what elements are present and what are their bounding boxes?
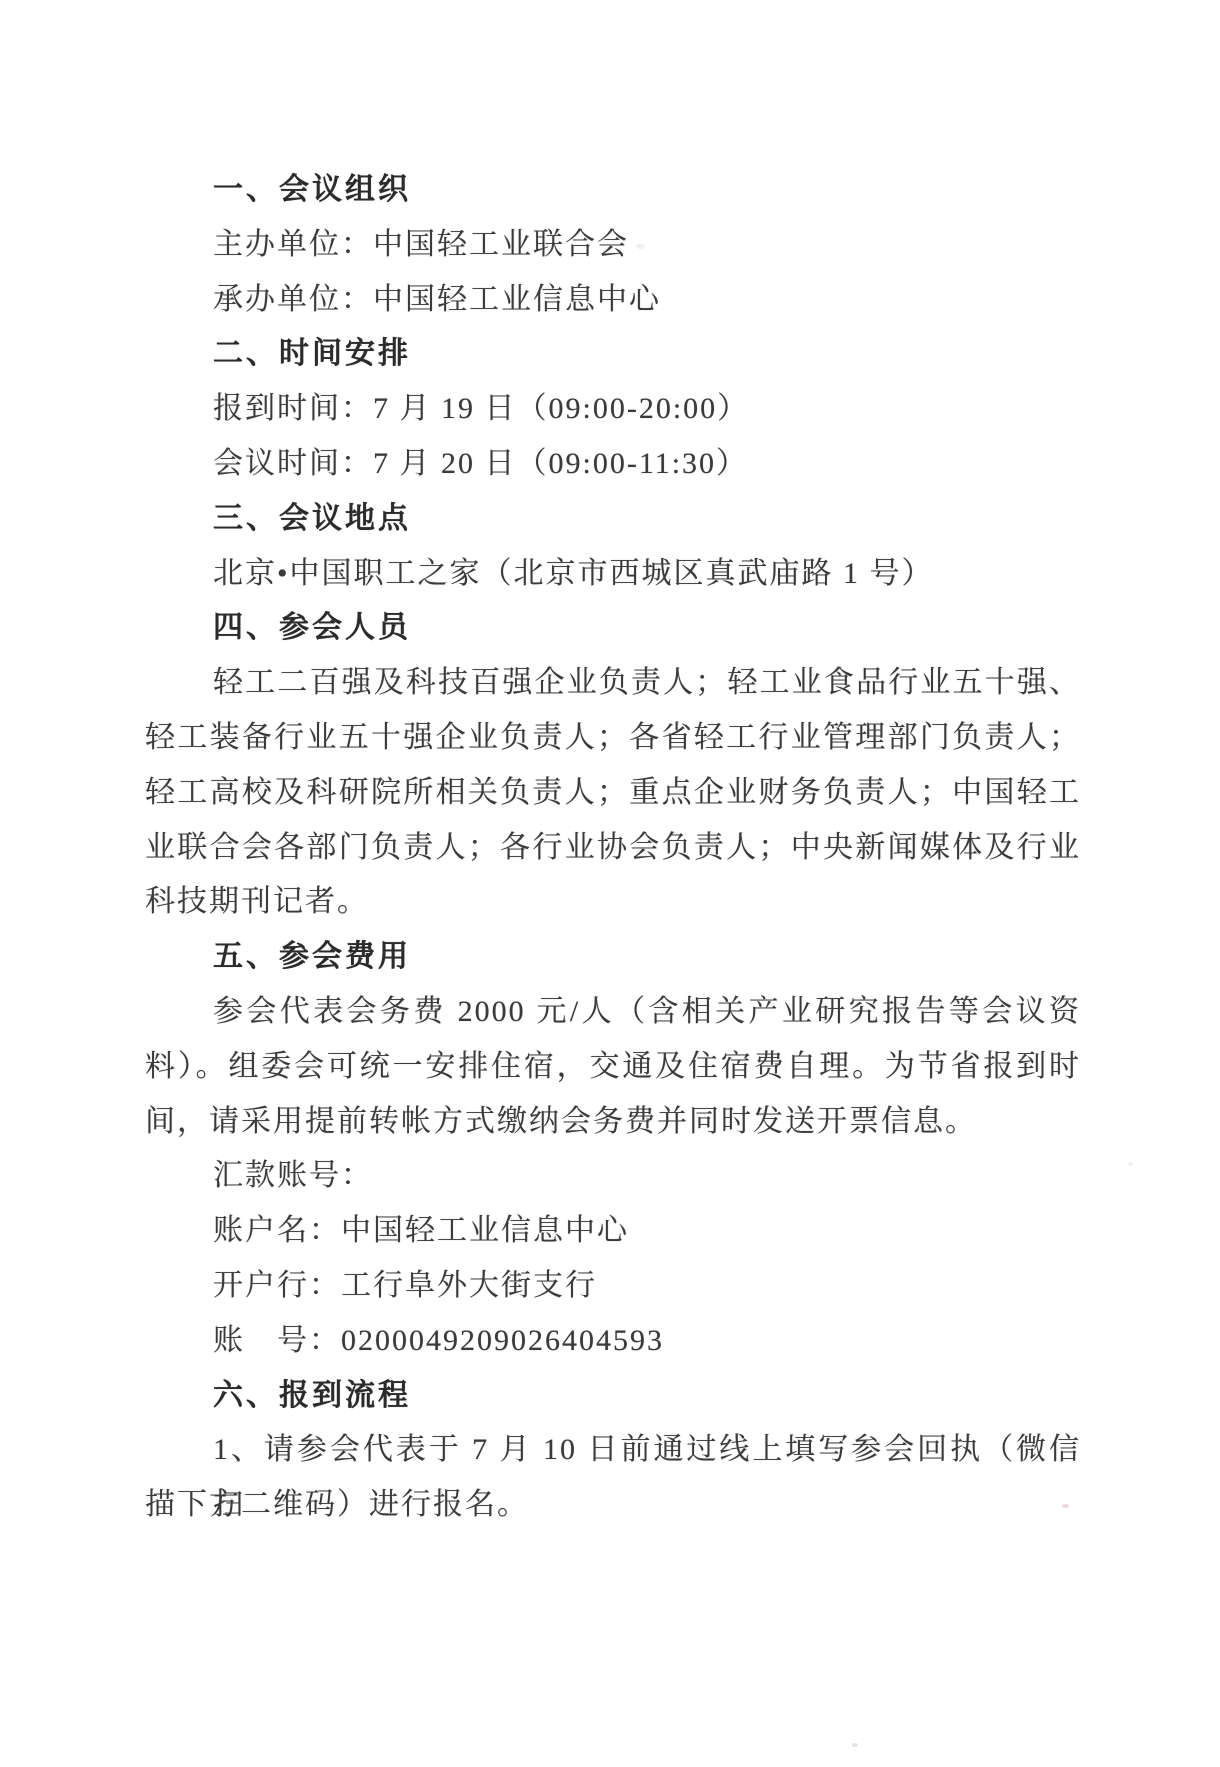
text-line: 主办单位：中国轻工业联合会 [145, 218, 1081, 273]
document-body: 一、会议组织 主办单位：中国轻工业联合会 承办单位：中国轻工业信息中心 二、时间… [145, 163, 1081, 1533]
scan-artifact [1062, 1504, 1069, 1508]
account-number-line: 账 号：0200049209026404593 [145, 1314, 1081, 1369]
scan-artifact [636, 244, 645, 249]
text-line: 描下方二维码）进行报名。 [145, 1478, 1081, 1533]
text-line: 轻工高校及科研院所相关负责人；重点企业财务负责人；中国轻工 [145, 766, 1081, 821]
text-line: 1、请参会代表于 7 月 10 日前通过线上填写参会回执（微信扫 [145, 1423, 1081, 1478]
account-name-line: 账户名：中国轻工业信息中心 [145, 1204, 1081, 1259]
text-line: 料）。组委会可统一安排住宿，交通及住宿费自理。为节省报到时 [145, 1040, 1081, 1095]
section-venue: 三、会议地点 北京•中国职工之家（北京市西城区真武庙路 1 号） [145, 492, 1081, 602]
text-line: 会议时间：7 月 20 日（09:00-11:30） [145, 437, 1081, 492]
section-heading: 一、会议组织 [145, 163, 1081, 218]
section-heading: 五、参会费用 [145, 930, 1081, 985]
text-line: 承办单位：中国轻工业信息中心 [145, 273, 1081, 328]
scanned-document-page: 一、会议组织 主办单位：中国轻工业联合会 承办单位：中国轻工业信息中心 二、时间… [0, 0, 1220, 1767]
bank-branch-line: 开户行：工行阜外大街支行 [145, 1259, 1081, 1314]
text-line: 轻工二百强及科技百强企业负责人；轻工业食品行业五十强、 [145, 656, 1081, 711]
text-line: 科技期刊记者。 [145, 875, 1081, 930]
scan-artifact [1128, 1162, 1133, 1166]
text-line: 间，请采用提前转帐方式缴纳会务费并同时发送开票信息。 [145, 1095, 1081, 1150]
section-meeting-organization: 一、会议组织 主办单位：中国轻工业联合会 承办单位：中国轻工业信息中心 [145, 163, 1081, 327]
section-registration-process: 六、报到流程 1、请参会代表于 7 月 10 日前通过线上填写参会回执（微信扫 … [145, 1369, 1081, 1533]
section-heading: 三、会议地点 [145, 492, 1081, 547]
section-heading: 二、时间安排 [145, 327, 1081, 382]
section-fees: 五、参会费用 参会代表会务费 2000 元/人（含相关产业研究报告等会议资 料）… [145, 930, 1081, 1368]
section-attendees: 四、参会人员 轻工二百强及科技百强企业负责人；轻工业食品行业五十强、 轻工装备行… [145, 601, 1081, 930]
scan-artifact [852, 1743, 858, 1747]
section-heading: 六、报到流程 [145, 1369, 1081, 1424]
section-schedule: 二、时间安排 报到时间：7 月 19 日（09:00-20:00） 会议时间：7… [145, 327, 1081, 491]
text-line: 北京•中国职工之家（北京市西城区真武庙路 1 号） [145, 547, 1081, 602]
text-line: 轻工装备行业五十强企业负责人；各省轻工行业管理部门负责人； [145, 711, 1081, 766]
text-line: 业联合会各部门负责人；各行业协会负责人；中央新闻媒体及行业 [145, 821, 1081, 876]
remittance-account-label: 汇款账号： [145, 1149, 1081, 1204]
text-line: 报到时间：7 月 19 日（09:00-20:00） [145, 382, 1081, 437]
text-line: 参会代表会务费 2000 元/人（含相关产业研究报告等会议资 [145, 985, 1081, 1040]
section-heading: 四、参会人员 [145, 601, 1081, 656]
